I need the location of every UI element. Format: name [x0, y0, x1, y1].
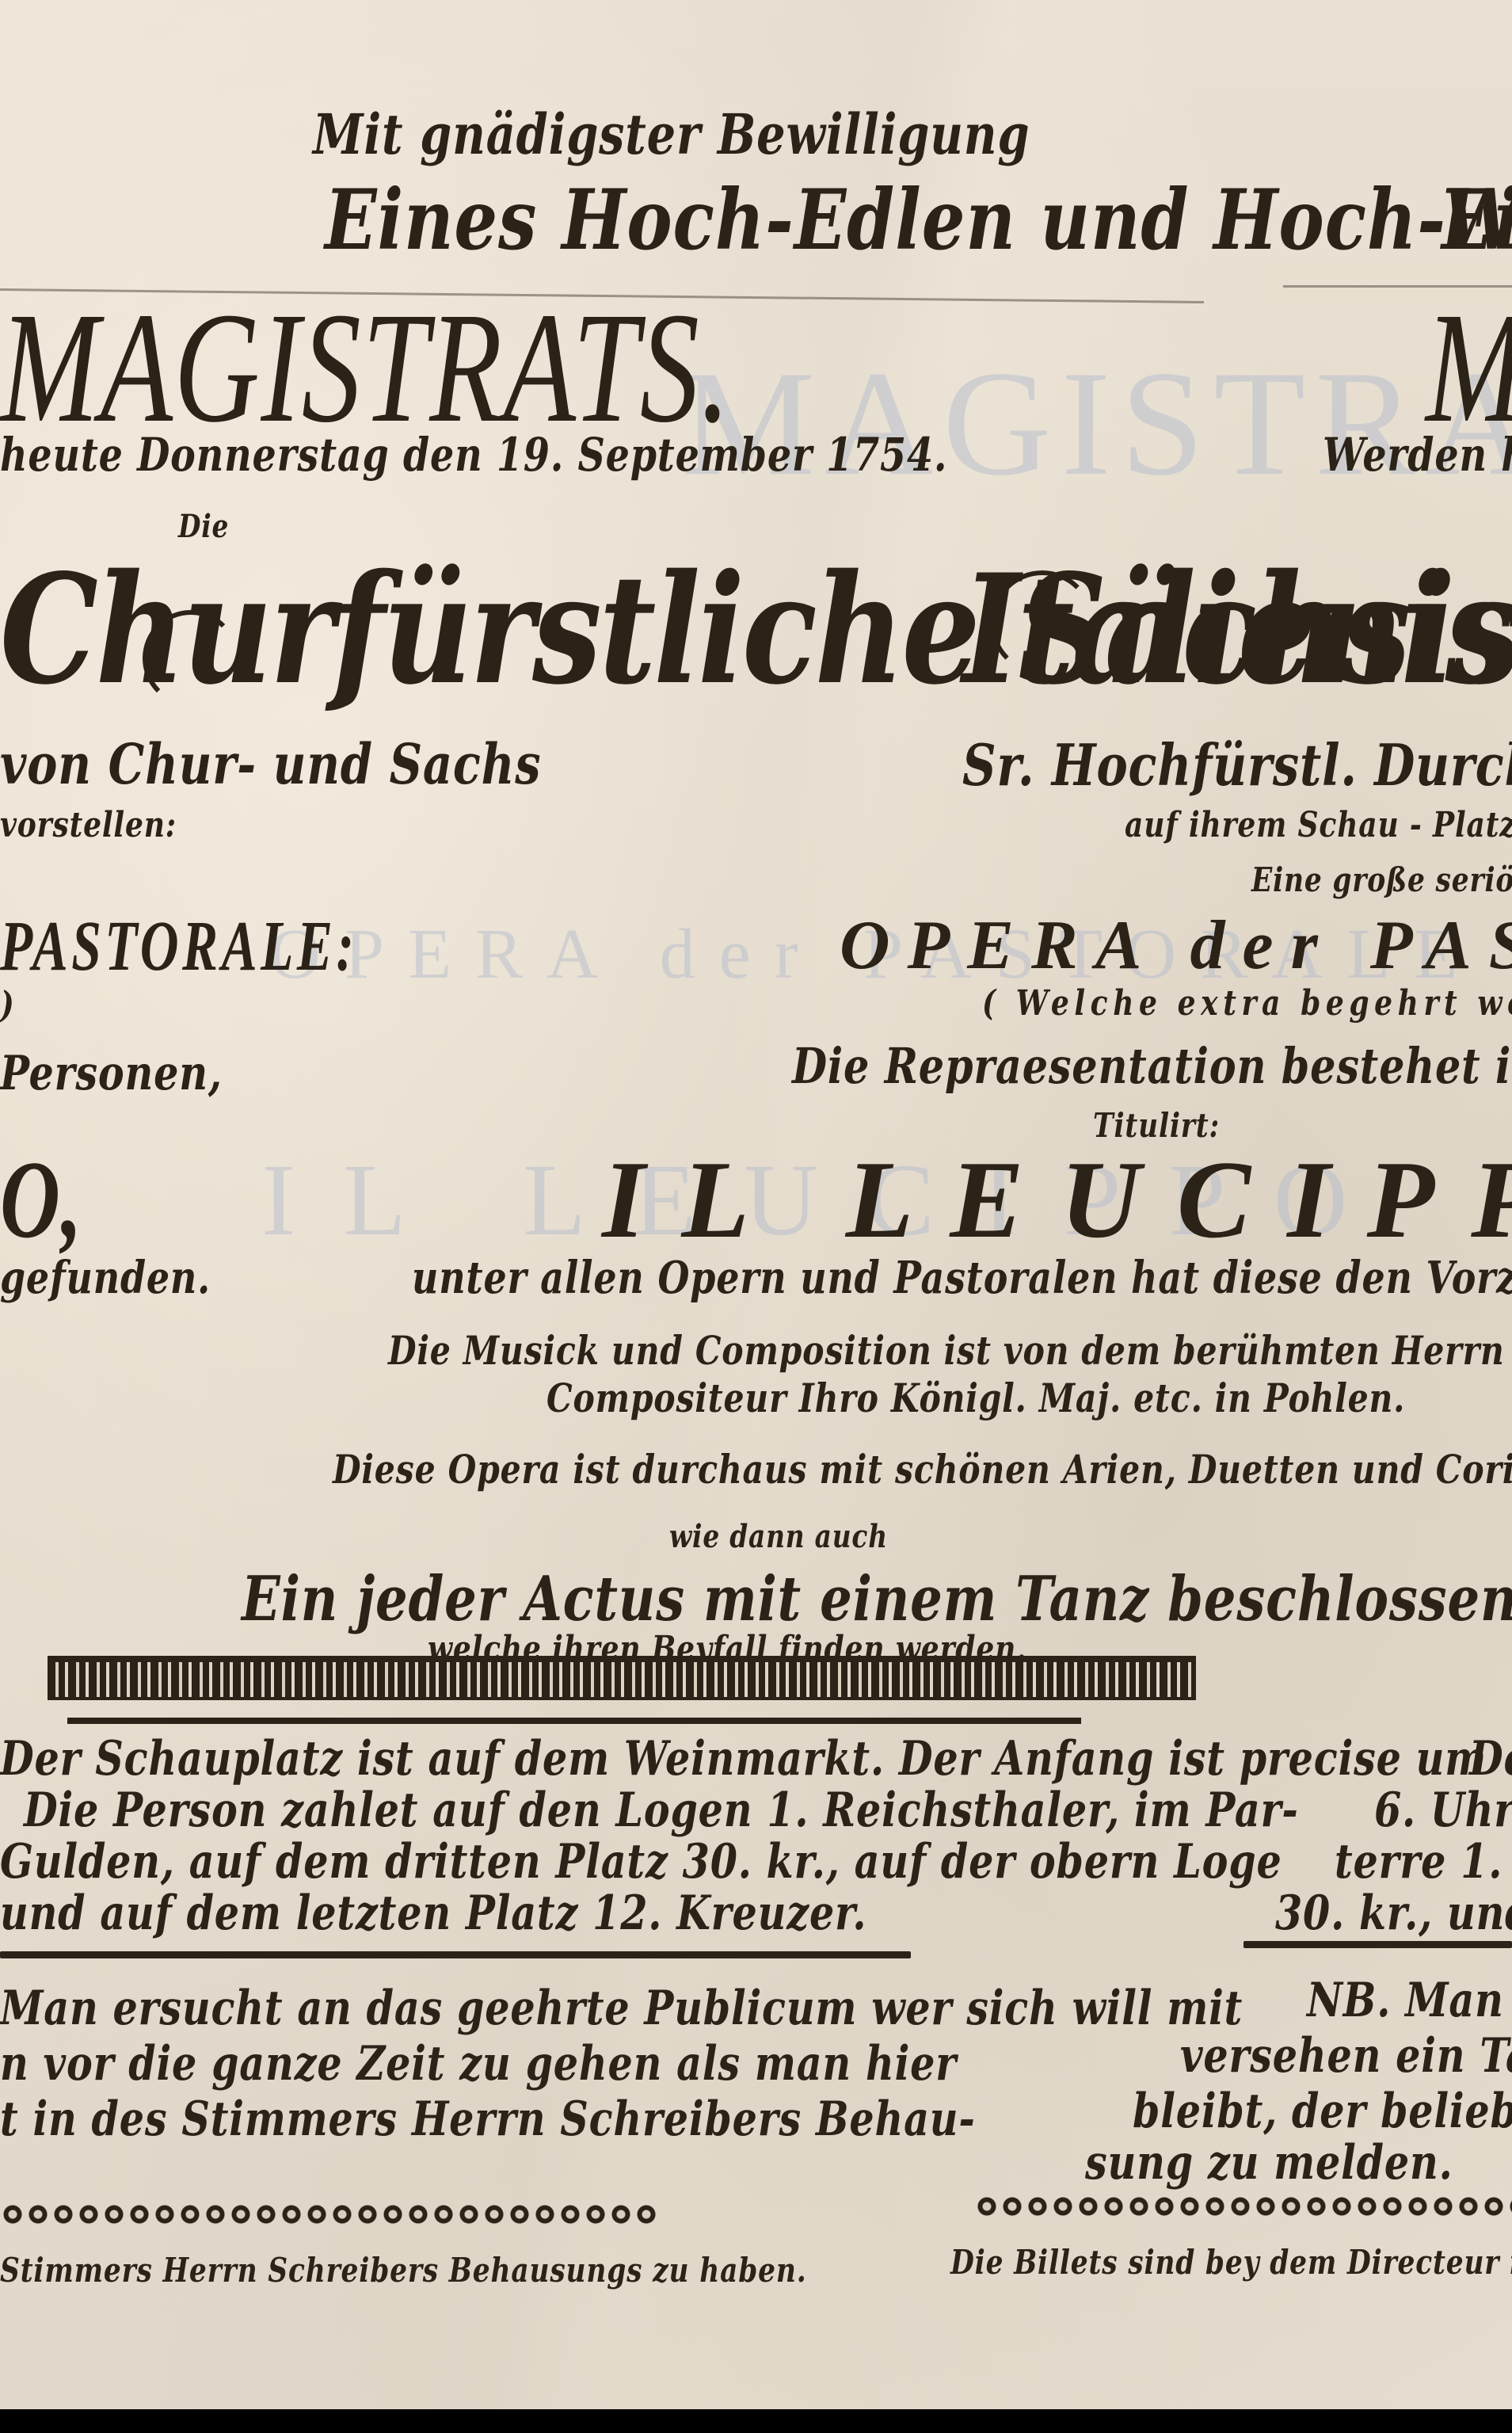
opera-title: IL LEUCIPPO.: [602, 1145, 1512, 1256]
divider-rule-left: [0, 1951, 911, 1958]
gefunden-left: gefunden.: [0, 1256, 211, 1300]
magistrats-right: MAGISTRATS.: [1426, 289, 1512, 448]
personen-left: Personen,: [0, 1050, 223, 1097]
footer-right: Die Billets sind bey dem Directeur in de…: [950, 2246, 1512, 2279]
preference-line: unter allen Opern und Pastoralen hat die…: [412, 1256, 1512, 1300]
notice-left-line-4: und auf dem letzten Platz 12. Kreuzer.: [0, 1890, 866, 1937]
nb-right-line-3: bleibt, der beliebe sich: [1133, 2088, 1512, 2135]
nb-left-line-2: n vor die ganze Zeit zu gehen als man hi…: [0, 2040, 957, 2088]
header-council: Eines Hoch-Edlen und Hoch-Weisen: [325, 178, 1512, 261]
paren-left: ): [0, 986, 15, 1023]
nb-left-line-1: Man ersucht an das geehrte Publicum wer …: [0, 1985, 1243, 2032]
notice-left-line-3: Gulden, auf dem dritten Platz 30. kr., a…: [0, 1838, 1282, 1886]
nb-left-line-3: t in des Stimmers Herrn Schreibers Behau…: [0, 2096, 976, 2143]
ornament-swash-right-icon: [990, 570, 1095, 675]
act-line: Ein jeder Actus mit einem Tanz beschloss…: [242, 1569, 1512, 1630]
pastorale-left: PASTORALE:: [0, 911, 357, 982]
titulirt-label: Titulirt:: [1093, 1109, 1220, 1142]
notice-left-line-1: Der Schauplatz ist auf dem Weinmarkt. De…: [0, 1735, 1487, 1783]
ornament-row-right: [974, 2191, 1512, 2222]
notice-right-line-1: Der: [1469, 1735, 1512, 1783]
music-line-2: Compositeur Ihro Königl. Maj. etc. in Po…: [547, 1379, 1405, 1418]
wie-line: wie dann auch: [669, 1521, 888, 1553]
werden-line: Werden heute Donnerstag den 19. Septembe…: [1323, 432, 1512, 478]
repr-line: Die Repraesentation bestehet in 6. Perso…: [792, 1042, 1512, 1091]
date-line: heute Donnerstag den 19. September 1754.: [0, 432, 947, 478]
footer-left: Stimmers Herrn Schreibers Behausungs zu …: [0, 2254, 807, 2287]
music-line-1: Die Musick und Composition ist von dem b…: [388, 1331, 1512, 1371]
ornament-row-left: [0, 2198, 657, 2230]
ornament-swash-icon: [143, 610, 239, 707]
header-permission: Mit gnädigster Bewilligung: [313, 107, 1030, 162]
notice-left-line-2: Die Person zahlet auf den Logen 1. Reich…: [24, 1787, 1299, 1834]
stage-line: auf ihrem Schau - Platz vorstellen:: [1125, 808, 1512, 843]
die-label: Die: [178, 511, 229, 543]
notice-right-line-2: 6. Uhr.: [1374, 1787, 1512, 1834]
divider-rule-right: [1243, 1941, 1512, 1948]
notice-right-line-3: terre 1. G: [1335, 1838, 1512, 1886]
nb-right-line-4: sung zu melden.: [1085, 2139, 1453, 2187]
nb-right-line-2: versehen ein Tarif: [1180, 2032, 1512, 2080]
scan-bottom-edge: [0, 2409, 1512, 2433]
perform-left: vorstellen:: [0, 808, 177, 843]
eine-line: Eine große seriöse: [1251, 864, 1512, 897]
eines-right: Eines Hoch-Edlen und Hoch-Weisen: [1442, 178, 1512, 261]
notice-right-line-4: 30. kr., und: [1275, 1890, 1512, 1937]
arias-line: Diese Opera ist durchaus mit schönen Ari…: [333, 1450, 1512, 1489]
title-tail-left: O,: [0, 1145, 83, 1256]
request-line: ( Welche extra begehrt worden:): [982, 986, 1512, 1021]
header-magistrats: MAGISTRATS.: [0, 289, 731, 448]
court-line: Sr. Hochfürstl. Durchl.: [962, 737, 1512, 794]
company-sub-left: von Chur- und Sachs: [0, 737, 541, 792]
ornamental-border-band: [48, 1656, 1196, 1700]
ornamental-border-underline: [67, 1718, 1081, 1724]
opera-line: OPERA der PASTORALE:: [840, 911, 1512, 981]
nb-right-line-1: NB. Man e: [1307, 1977, 1512, 2024]
